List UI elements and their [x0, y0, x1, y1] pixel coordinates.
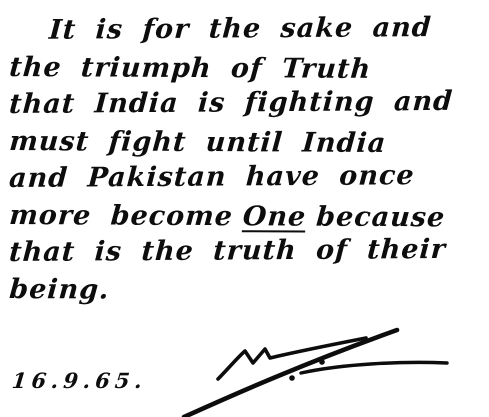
note-line: that India is fighting and: [8, 83, 489, 123]
handwritten-note: It is for the sake and the triumph of Tr…: [0, 0, 489, 417]
note-line: and Pakistan have once: [8, 157, 489, 197]
note-line: It is for the sake and: [8, 9, 489, 49]
note-body: It is for the sake and the triumph of Tr…: [8, 12, 487, 308]
date-text: 16.9.65.: [11, 368, 149, 393]
signature: [180, 300, 460, 417]
note-line-segment: more become: [8, 200, 234, 232]
signature-flourish-icon: [180, 300, 460, 417]
note-line: that is the truth of their: [8, 231, 489, 271]
note-line-segment: because: [315, 202, 446, 234]
underlined-word-one: One: [242, 201, 308, 232]
